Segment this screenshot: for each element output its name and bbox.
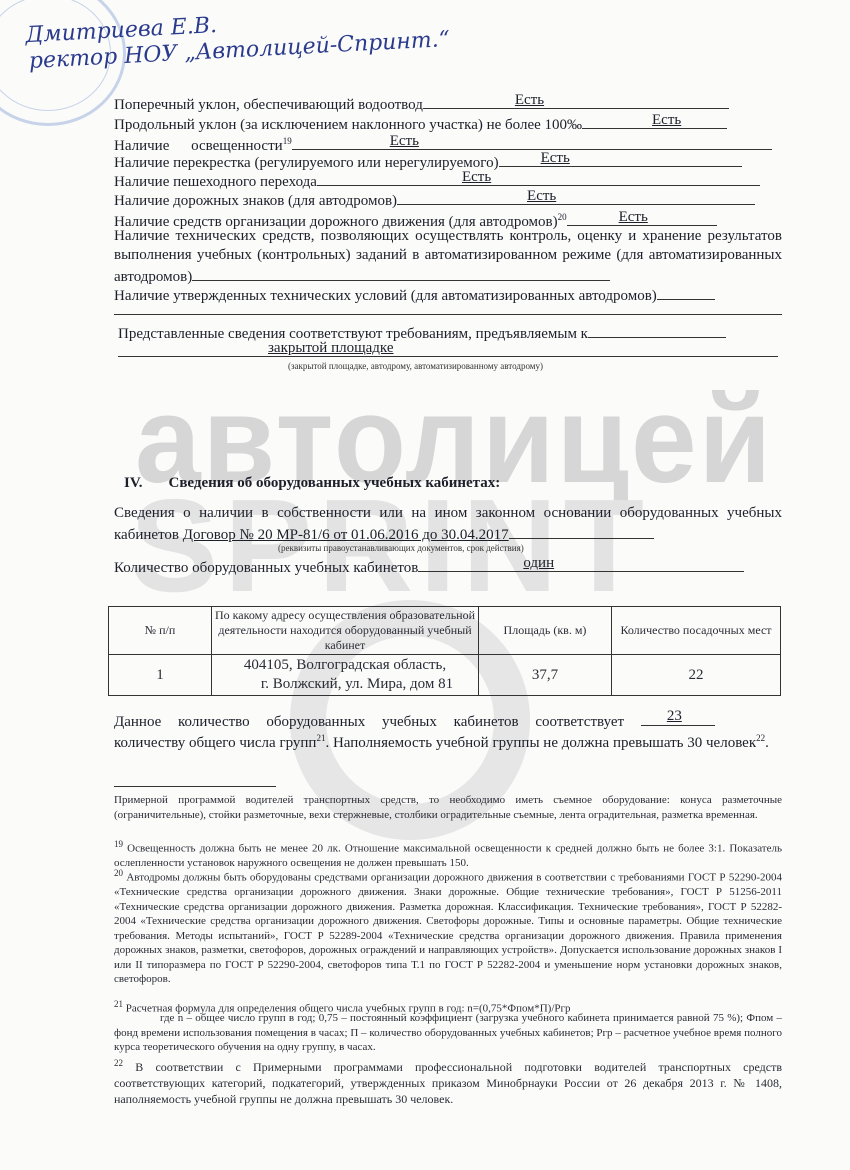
conformity-fill — [588, 322, 726, 338]
ownership-hint: (реквизиты правоустанавливающих документ… — [278, 543, 524, 553]
row-fill: Есть — [317, 170, 760, 186]
row-fill: Есть — [567, 210, 717, 226]
row-value: Есть — [652, 111, 681, 129]
groups-value: 23 — [667, 707, 682, 726]
footnote-22: 22 В соответствии с Примерными программа… — [114, 1055, 782, 1107]
conformity-value-fill: закрытой площадке — [118, 341, 778, 357]
table-header-row: № п/п По какому адресу осуществления обр… — [109, 607, 781, 655]
groups-text-3: . Наполняемость учебной группы не должна… — [325, 735, 756, 751]
groups-text-2: количеству общего числа групп — [114, 735, 316, 751]
address-line-1: 404105, Волгоградская область, — [213, 656, 477, 675]
footnote-ref: 22 — [756, 733, 765, 743]
row-label: Наличие пешеходного перехода — [114, 174, 317, 190]
tech-conditions-fill — [657, 284, 715, 300]
cabinets-table: № п/п По какому адресу осуществления обр… — [108, 606, 781, 696]
row-fill: Есть — [423, 93, 729, 109]
cell-number: 1 — [109, 655, 212, 696]
footnote-ref: 19 — [283, 136, 292, 146]
ownership-paragraph: Сведения о наличии в собственности или н… — [114, 504, 782, 545]
section-heading: IV.Сведения об оборудованных учебных каб… — [124, 475, 500, 492]
footnote-20-text: Автодромы должны быть оборудованы средст… — [114, 872, 782, 986]
row-label: Наличие дорожных знаков (для автодромов) — [114, 193, 397, 209]
tech-means-fill — [192, 265, 610, 281]
cabinet-count-label: Количество оборудованных учебных кабинет… — [114, 560, 418, 576]
row-value: Есть — [515, 91, 544, 109]
groups-paragraph-line2: количеству общего числа групп21. Наполня… — [114, 729, 782, 753]
checklist-row-cross-slope: Поперечный уклон, обеспечивающий водоотв… — [114, 93, 782, 114]
header-area: Площадь (кв. м) — [479, 607, 612, 655]
row-value: Есть — [390, 132, 419, 150]
cell-area: 37,7 — [479, 655, 612, 696]
row-label: Поперечный уклон, обеспечивающий водоотв… — [114, 97, 423, 113]
cabinet-count-fill: один — [418, 556, 744, 572]
footnote-20: 20 Автодромы должны быть оборудованы сре… — [114, 866, 782, 987]
row-label: Наличие перекрестка (регулируемого или н… — [114, 155, 499, 171]
row-value: Есть — [527, 187, 556, 205]
footnote-21-detail: где n – общее число групп в год; 0,75 – … — [114, 1011, 782, 1055]
cabinet-count-value: один — [523, 554, 554, 572]
checklist-row-road-signs: Наличие дорожных знаков (для автодромов)… — [114, 189, 782, 210]
section-title: Сведения об оборудованных учебных кабине… — [169, 475, 501, 491]
cabinet-count-row: Количество оборудованных учебных кабинет… — [114, 556, 782, 577]
ownership-value: Договор № 20 МР-81/6 от 01.06.2016 до 30… — [183, 527, 509, 543]
footnote-ref: 20 — [558, 212, 567, 222]
conformity-hint: (закрытой площадке, автодрому, автоматиз… — [288, 361, 543, 371]
conformity-row: Представленные сведения соответствуют тр… — [118, 322, 786, 343]
row-value: Есть — [619, 208, 648, 226]
row-value: Есть — [541, 149, 570, 167]
table-row: 1 404105, Волгоградская область,г. Волжс… — [109, 655, 781, 696]
cell-seats: 22 — [612, 655, 781, 696]
row-value: Есть — [462, 168, 491, 186]
conformity-value-row: закрытой площадке — [118, 341, 786, 362]
footnote-intro: Примерной программой водителей транспорт… — [114, 793, 782, 822]
tech-means-paragraph: Наличие технических средств, позволяющих… — [114, 227, 782, 287]
conformity-value: закрытой площадке — [268, 339, 394, 357]
cell-address: 404105, Волгоградская область,г. Волжски… — [212, 655, 479, 696]
checklist-row-long-slope: Продольный уклон (за исключением наклонн… — [114, 113, 782, 134]
row-fill: Есть — [292, 134, 772, 150]
address-line-2: г. Волжский, ул. Мира, дом 81 — [213, 675, 477, 694]
row-fill: Есть — [582, 113, 727, 129]
checklist-row-intersection: Наличие перекрестка (регулируемого или н… — [114, 151, 782, 172]
blank-line — [114, 300, 782, 315]
row-label: Продольный уклон (за исключением наклонн… — [114, 117, 582, 133]
groups-text: Данное количество оборудованных учебных … — [114, 714, 624, 730]
checklist-row-crosswalk: Наличие пешеходного переходаЕсть — [114, 170, 782, 191]
groups-fill: 23 — [641, 710, 715, 726]
footnote-divider — [114, 786, 276, 787]
section-number: IV. — [124, 475, 143, 491]
row-fill: Есть — [499, 151, 742, 167]
header-address: По какому адресу осуществления образоват… — [212, 607, 479, 655]
footnote-21-detail-text: где n – общее число групп в год; 0,75 – … — [114, 1012, 782, 1053]
ownership-fill — [509, 523, 654, 539]
header-seats: Количество посадочных мест — [612, 607, 781, 655]
row-fill: Есть — [397, 189, 755, 205]
header-number: № п/п — [109, 607, 212, 655]
footnote-22-text: В соответствии с Примерными программами … — [114, 1060, 782, 1106]
